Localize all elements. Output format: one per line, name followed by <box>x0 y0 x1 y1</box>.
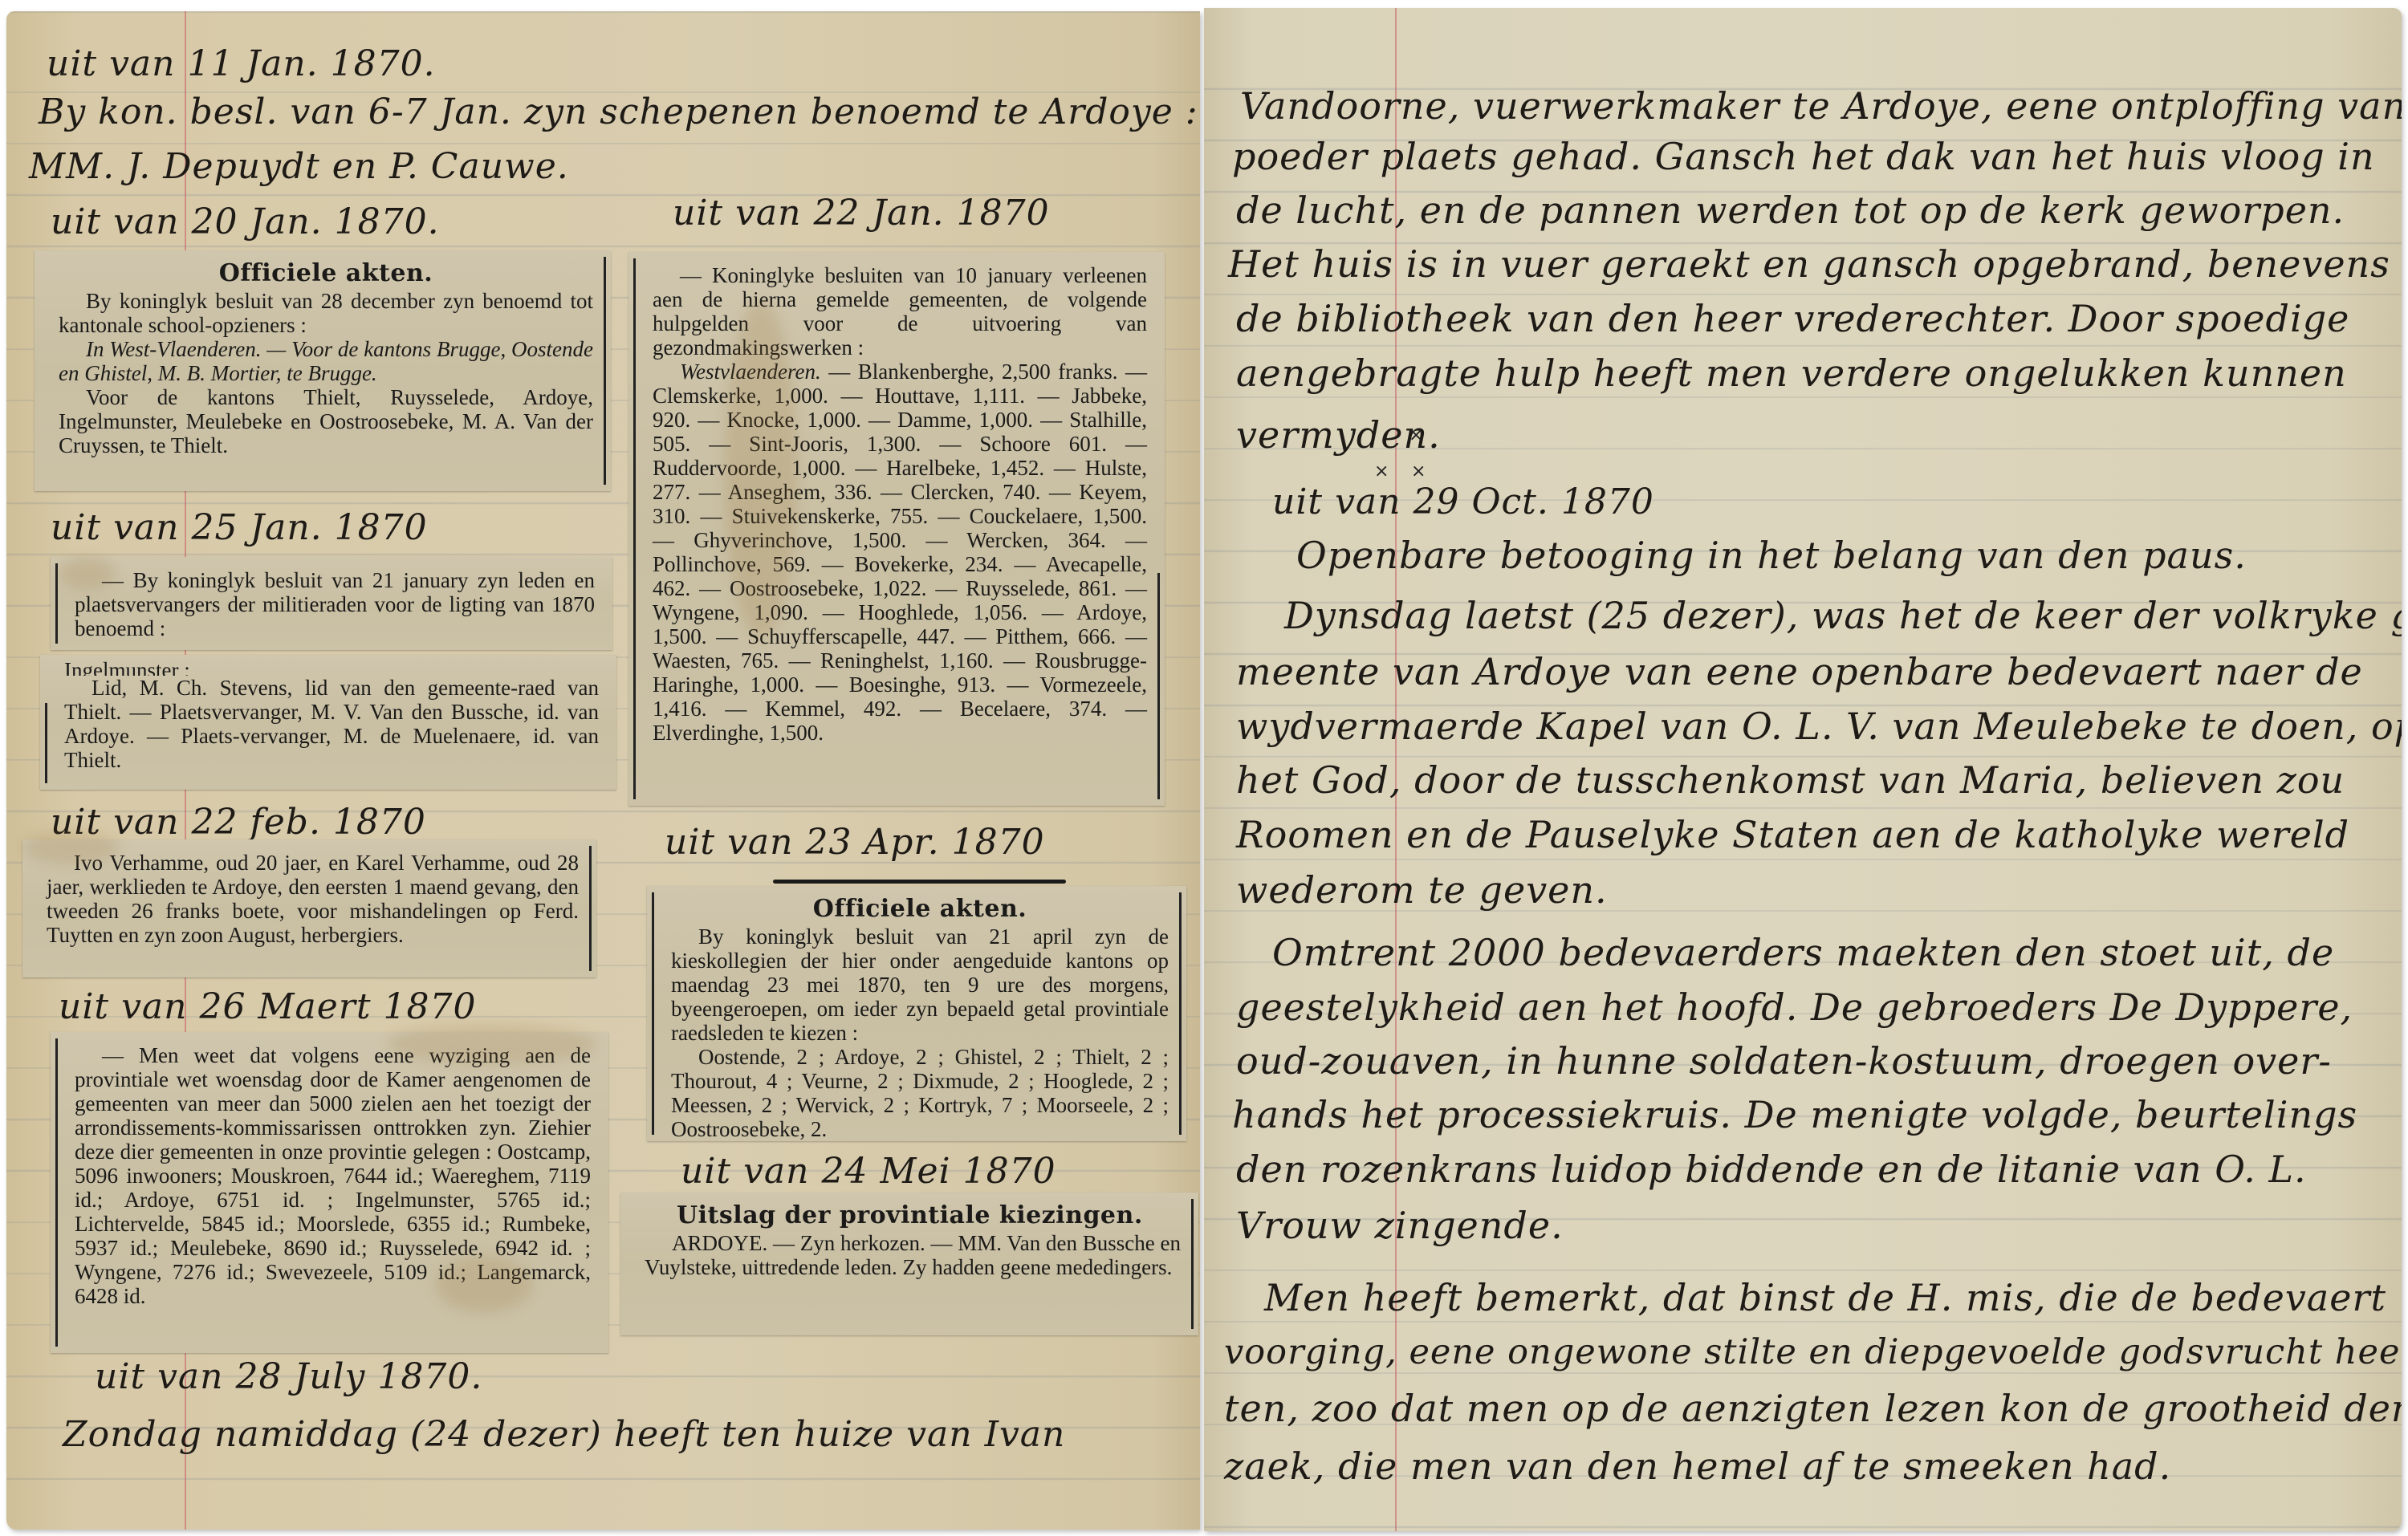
clipping-title: Officiele akten. <box>671 897 1169 921</box>
clipping-paragraph: By koninglyk besluit van 28 december zyn… <box>59 289 593 337</box>
handwritten-line: poeder plaets gehad. Gansch het dak van … <box>1232 135 2375 178</box>
handwritten-line: hands het processiekruis. De menigte vol… <box>1232 1093 2357 1136</box>
entry-date: uit van 28 July 1870. <box>95 1356 482 1397</box>
column-rule <box>55 563 58 644</box>
entry-date: uit van 22 Jan. 1870 <box>673 193 1050 234</box>
newspaper-clipping: — Koninglyke besluiten van 10 january ve… <box>628 252 1165 806</box>
column-rule <box>652 892 654 1135</box>
entry-date: uit van 25 Jan. 1870 <box>51 507 428 548</box>
clipping-paragraph: By koninglyk besluit van 21 april zyn de… <box>671 924 1169 1045</box>
handwritten-line: Vrouw zingende. <box>1236 1204 1564 1247</box>
handwritten-line: zaek, die men van den hemel af te smeeke… <box>1224 1445 2171 1488</box>
handwritten-line: wederom te geven. <box>1236 868 1608 912</box>
handwritten-line: Roomen en de Pauselyke Staten aen de kat… <box>1236 813 2349 856</box>
handwritten-line: voorging, eene ongewone stilte en diepge… <box>1224 1332 2402 1372</box>
handwritten-line: de bibliotheek van den heer vrederechter… <box>1236 297 2349 340</box>
handwritten-line: aengebragte hulp heeft men verdere ongel… <box>1236 351 2347 395</box>
right-page: Vandoorne, vuerwerkmaker te Ardoye, eene… <box>1204 8 2402 1531</box>
handwritten-line: Omtrent 2000 bedevaerders maekten den st… <box>1272 931 2334 974</box>
clipping-paragraph: Ivo Verhamme, oud 20 jaer, en Karel Verh… <box>47 851 579 947</box>
handwritten-line: ten, zoo dat men op de aenzigten lezen k… <box>1224 1387 2402 1430</box>
handwritten-line: Men heeft bemerkt, dat binst de H. mis, … <box>1264 1276 2386 1319</box>
clipping-title: Uitslag der provintiale kiezingen. <box>645 1204 1181 1228</box>
stain <box>725 300 797 637</box>
entry-date: uit van 23 Apr. 1870 <box>665 822 1045 863</box>
newspaper-clipping: Officiele akten. By koninglyk besluit va… <box>35 250 611 491</box>
entry-date: uit van 11 Jan. 1870. <box>47 43 436 84</box>
handwritten-line: meente van Ardoye van eene openbare bede… <box>1236 650 2363 693</box>
newspaper-clipping: Ingelmunster ; Lid, M. Ch. Stevens, lid … <box>40 655 616 790</box>
newspaper-clipping: Ivo Verhamme, oud 20 jaer, en Karel Verh… <box>22 839 596 977</box>
handwritten-line: de lucht, en de pannen werden tot op de … <box>1236 189 2345 232</box>
clipping-paragraph: Oostende, 2 ; Ardoye, 2 ; Ghistel, 2 ; T… <box>671 1045 1169 1141</box>
column-rule <box>589 846 592 971</box>
column-rule <box>45 703 47 783</box>
handwritten-line: Het huis is in vuer geraekt en gansch op… <box>1228 242 2390 286</box>
cross-mark: × <box>1411 461 1426 482</box>
handwritten-line: het God, door de tusschenkomst van Maria… <box>1236 758 2345 802</box>
column-rule <box>633 258 636 799</box>
entry-date: uit van 26 Maert 1870 <box>59 986 476 1027</box>
divider <box>773 880 1066 884</box>
handwritten-line: oud-zouaven, in hunne soldaten-kostuum, … <box>1236 1039 2332 1083</box>
handwritten-line: wydvermaerde Kapel van O. L. V. van Meul… <box>1236 705 2402 748</box>
handwritten-line: Zondag namiddag (24 dezer) heeft ten hui… <box>63 1414 1065 1455</box>
clipping-title: Officiele akten. <box>59 262 593 286</box>
handwritten-line: MM. J. Depuydt en P. Cauwe. <box>29 146 569 187</box>
stain <box>22 831 119 863</box>
cross-mark: × <box>1374 461 1389 482</box>
article-heading: Openbare betooging in het belang van den… <box>1296 534 2247 577</box>
clipping-fragment: Ingelmunster ; <box>64 658 599 676</box>
column-rule <box>604 257 606 485</box>
column-rule <box>1179 892 1182 1135</box>
clipping-paragraph: — By koninglyk besluit van 21 january zy… <box>75 568 595 640</box>
clipping-place: ARDOYE. <box>672 1231 767 1255</box>
handwritten-line: By kon. besl. van 6-7 Jan. zyn schepenen… <box>39 91 1198 132</box>
column-rule <box>1191 1199 1194 1329</box>
clipping-paragraph: Voor de kantons Thielt, Ruysselede, Ardo… <box>59 385 593 457</box>
handwritten-line: Vandoorne, vuerwerkmaker te Ardoye, eene… <box>1240 84 2402 128</box>
stain <box>436 1257 532 1313</box>
left-page: uit van 11 Jan. 1870. By kon. besl. van … <box>6 11 1200 1530</box>
stain <box>59 557 115 589</box>
column-rule <box>55 1038 58 1347</box>
entry-date: uit van 29 Oct. 1870 <box>1272 482 1654 522</box>
clipping-paragraph: Lid, M. Ch. Stevens, lid van den gemeent… <box>64 676 599 772</box>
handwritten-line: Dynsdag laetst (25 dezer), was het de ke… <box>1284 594 2402 637</box>
newspaper-clipping: — Men weet dat volgens eene wyziging aen… <box>51 1032 608 1353</box>
entry-date: uit van 20 Jan. 1870. <box>51 201 440 242</box>
handwritten-line: geestelykheid aen het hoofd. De gebroede… <box>1236 985 2353 1029</box>
column-rule <box>1157 573 1160 799</box>
stain <box>388 1024 596 1064</box>
clipping-paragraph: In West-Vlaenderen. — Voor de kantons Br… <box>59 337 593 385</box>
newspaper-clipping: — By koninglyk besluit van 21 january zy… <box>51 557 612 650</box>
cross-mark: × <box>1409 425 1423 445</box>
entry-date: uit van 24 Mei 1870 <box>681 1151 1056 1192</box>
newspaper-clipping: Uitslag der provintiale kiezingen. ARDOY… <box>620 1193 1198 1335</box>
newspaper-clipping: Officiele akten. By koninglyk besluit va… <box>647 886 1186 1141</box>
clipping-paragraph: — Koninglyke besluiten van 10 january ve… <box>653 263 1147 360</box>
handwritten-line: den rozenkrans luidop biddende en de lit… <box>1236 1148 2307 1191</box>
